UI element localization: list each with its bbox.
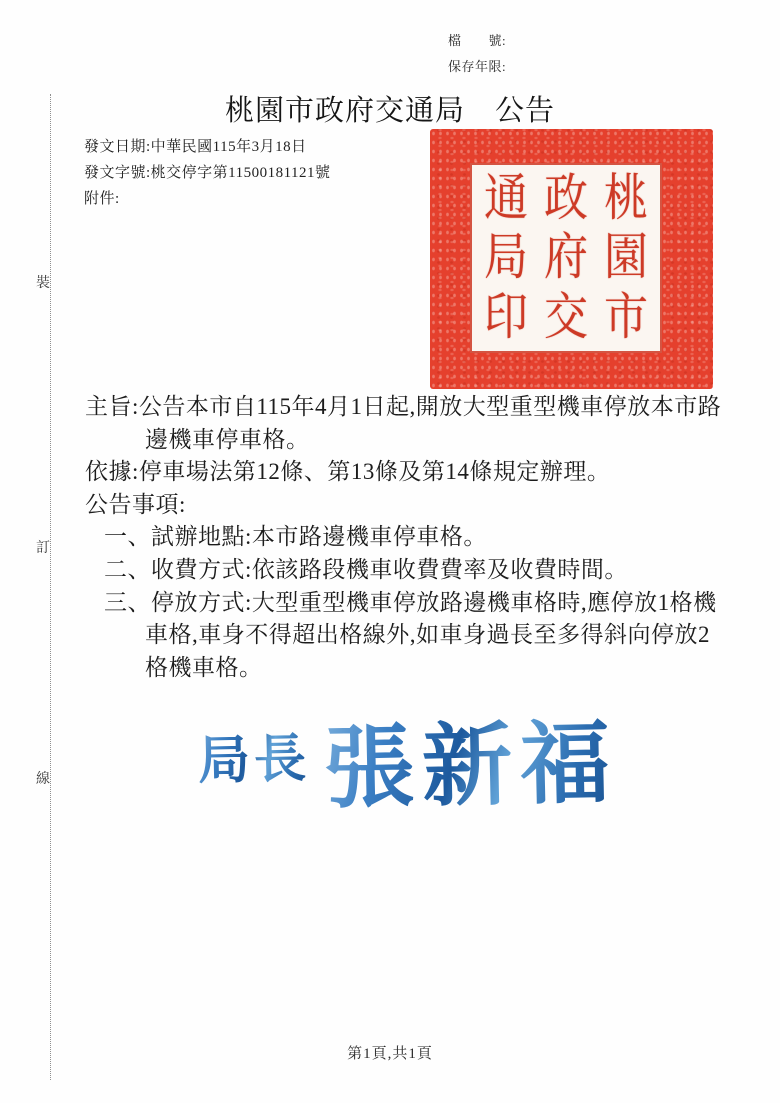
archive-block: 檔 號: 保存年限: [448,28,506,80]
director-title: 局長 [197,716,311,793]
seal-script-character: 通 [476,165,536,233]
seal-inner-characters: 桃園市政府交通局印 [470,163,662,353]
body-line: 主旨:公告本市自115年4月1日起,開放大型重型機車停放本市路 [85,391,750,424]
seal-script-character: 桃 [596,165,656,233]
ref-number-line: 發文字號:桃交停字第11500181121號 [84,160,331,186]
body-line: 車格,車身不得超出格線外,如車身過長至多得斜向停放2 [145,619,750,652]
director-name-signature: 張新福 [323,690,620,826]
seal-script-character: 政 [536,165,596,233]
official-red-seal: 桃園市政府交通局印 [430,129,713,389]
seal-script-character: 府 [536,224,596,292]
attachment-line: 附件: [84,186,331,212]
seal-script-character: 局 [476,224,536,292]
retention-period-label: 保存年限: [448,54,506,80]
body-line: 邊機車停車格。 [145,424,750,457]
body-line: 一、試辦地點:本市路邊機車停車格。 [104,521,750,554]
issue-meta-block: 發文日期:中華民國115年3月18日 發文字號:桃交停字第11500181121… [84,134,331,212]
binding-mark-char: 線 [36,768,50,788]
body-line: 格機車格。 [145,652,750,685]
body-line: 公告事項: [85,489,750,522]
document-page: 裝訂線 檔 號: 保存年限: 桃園市政府交通局 公告 發文日期:中華民國115年… [0,0,780,1103]
page-number-footer: 第1頁,共1頁 [0,1042,780,1063]
seal-script-character: 市 [596,283,656,351]
seal-script-character: 園 [596,224,656,292]
seal-script-character: 交 [536,283,596,351]
body-line: 依據:停車場法第12條、第13條及第14條規定辦理。 [85,456,750,489]
seal-script-character: 印 [476,283,536,351]
signature-stamp: 局長 張新福 [197,692,620,829]
body-line: 二、收費方式:依該路段機車收費費率及收費時間。 [104,554,750,587]
issue-date-line: 發文日期:中華民國115年3月18日 [84,134,331,160]
binding-dotted-line [50,94,51,1080]
announcement-body: 主旨:公告本市自115年4月1日起,開放大型重型機車停放本市路邊機車停車格。依據… [85,391,750,684]
file-number-label: 檔 號: [448,28,506,54]
body-line: 三、停放方式:大型重型機車停放路邊機車格時,應停放1格機 [104,587,750,620]
binding-mark-char: 訂 [36,537,50,557]
binding-mark-char: 裝 [36,272,50,292]
document-title: 桃園市政府交通局 公告 [0,88,780,129]
